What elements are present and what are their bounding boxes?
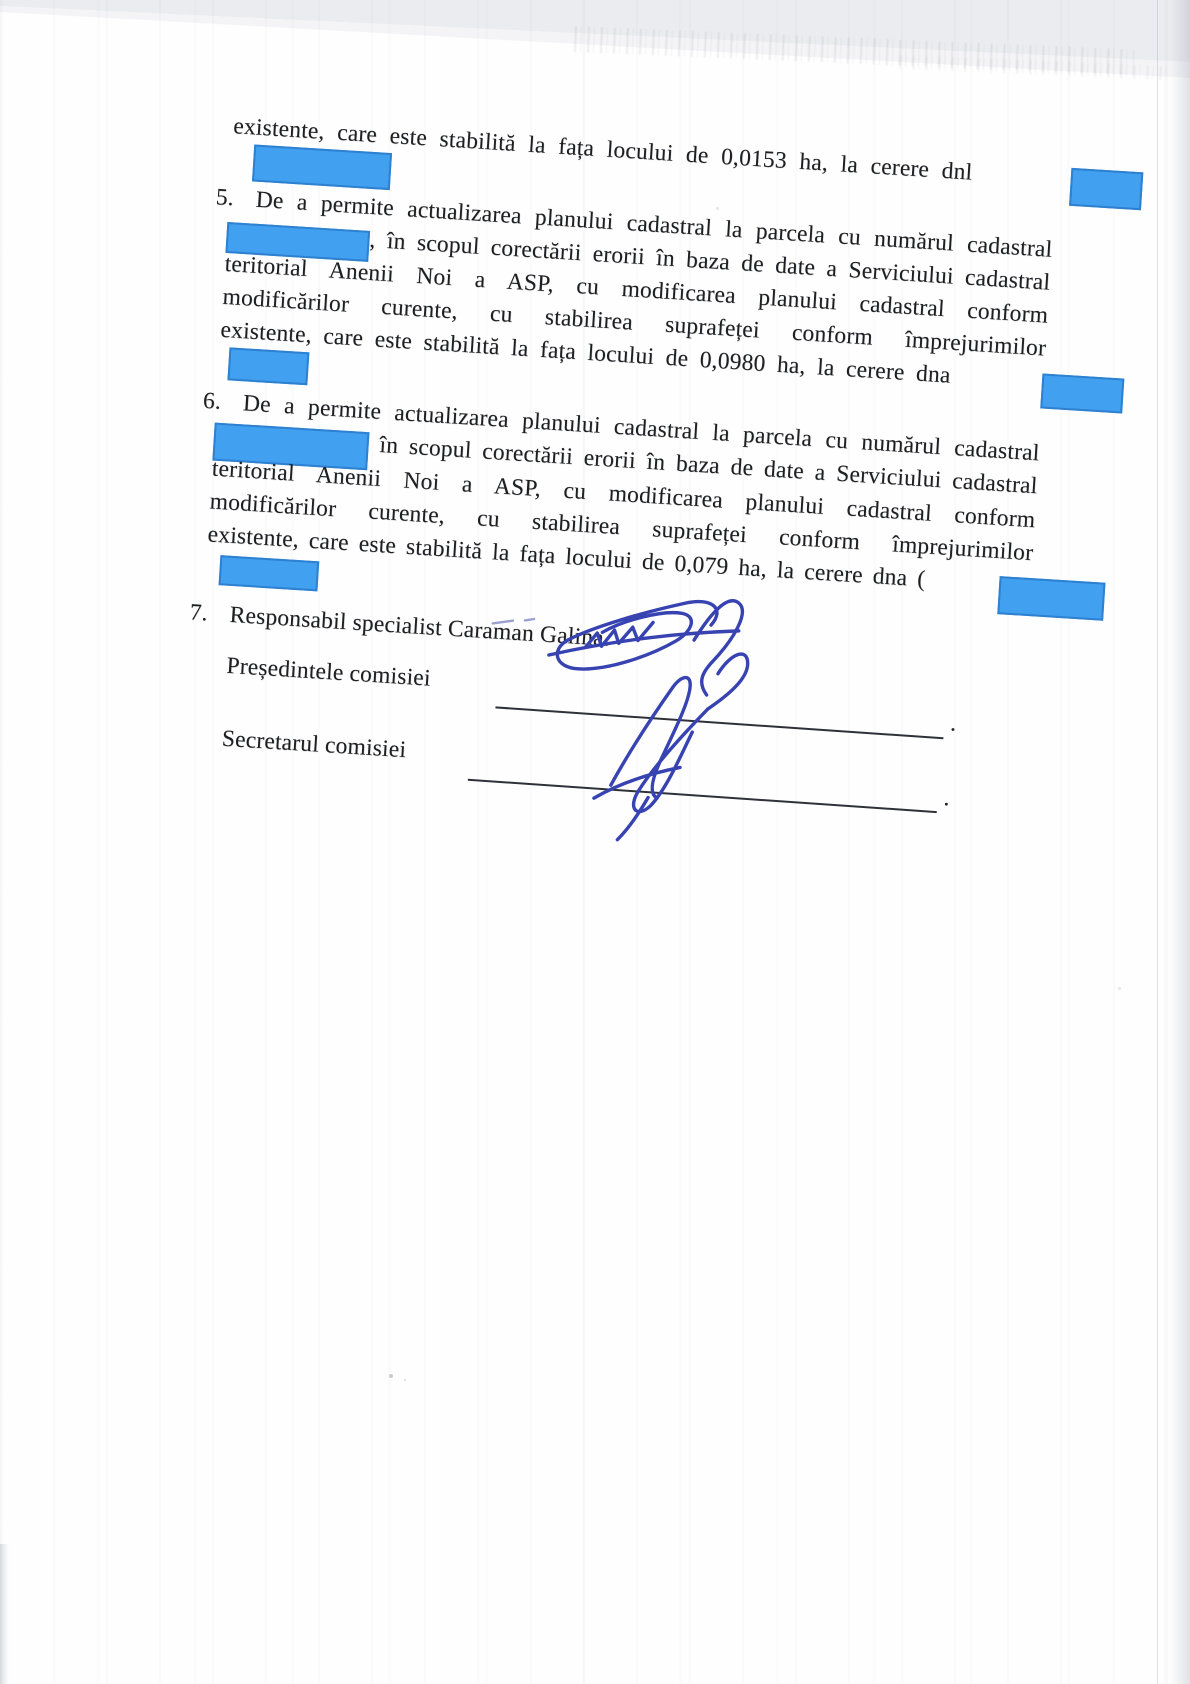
redaction-box bbox=[1040, 373, 1124, 413]
item-number: 5. bbox=[215, 181, 235, 215]
page-left-edge-shadow bbox=[0, 1544, 9, 1684]
line-terminator: . bbox=[949, 707, 957, 740]
redaction-box bbox=[252, 144, 392, 190]
scan-speck bbox=[389, 1374, 393, 1378]
scan-speck bbox=[404, 1379, 406, 1381]
item-number: 7. bbox=[189, 596, 209, 630]
page-right-edge-shadow bbox=[1170, 0, 1190, 1684]
redaction-box bbox=[227, 347, 309, 385]
president-label: Președintele comisiei bbox=[225, 646, 431, 696]
redaction-box bbox=[1069, 168, 1143, 210]
scan-speck bbox=[1118, 987, 1121, 990]
signature-line bbox=[495, 706, 943, 739]
line-terminator: . bbox=[943, 782, 951, 815]
page-edge-line bbox=[1157, 0, 1158, 1684]
document-content: existente, care este stabilită la fața l… bbox=[157, 100, 1059, 842]
signature-line bbox=[468, 779, 937, 813]
redaction-box bbox=[219, 555, 320, 591]
item-number: 6. bbox=[202, 385, 222, 419]
scanned-document-page: { "colors": { "redaction_fill": "#41a0f0… bbox=[0, 0, 1190, 1684]
